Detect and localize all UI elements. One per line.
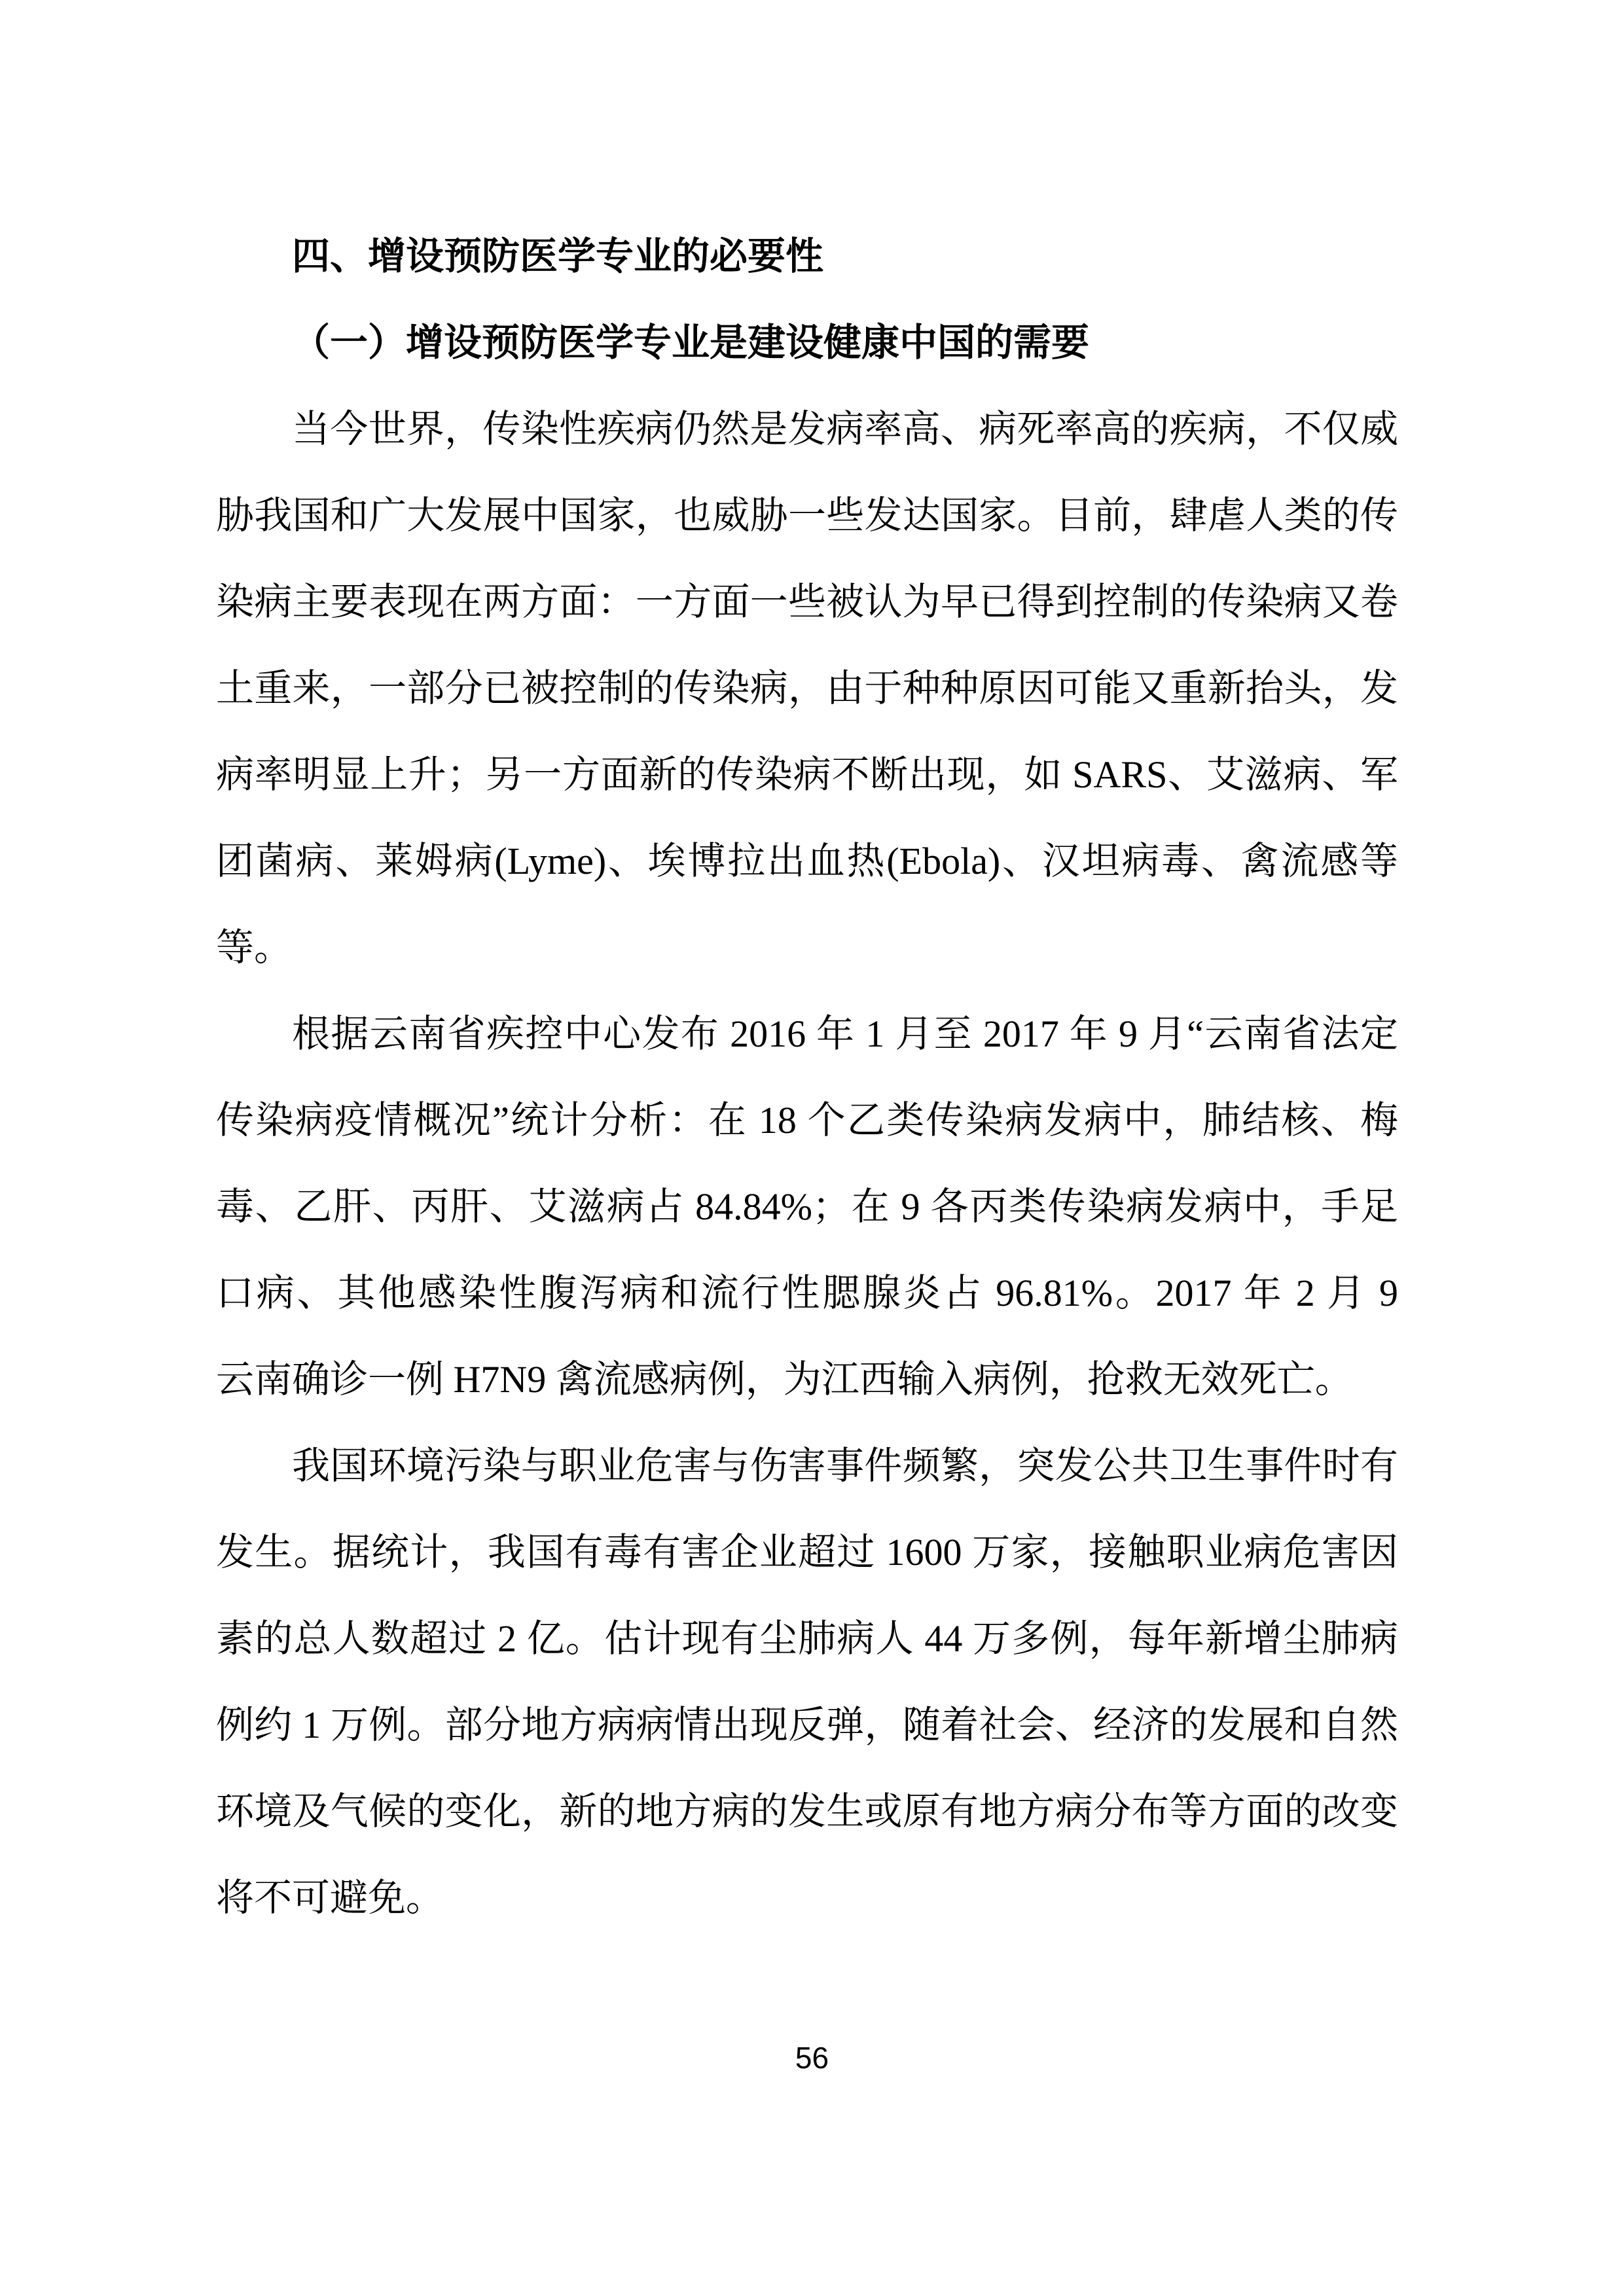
paragraph-line: 发生。据统计，我国有毒有害企业超过 1600 万家，接触职业病危害因	[216, 1509, 1398, 1596]
paragraph-line: 传染病疫情概况”统计分析：在 18 个乙类传染病发病中，肺结核、梅	[216, 1077, 1398, 1164]
page-number: 56	[0, 2041, 1624, 2075]
paragraph-line: 染病主要表现在两方面：一方面一些被认为早已得到控制的传染病又卷	[216, 559, 1398, 645]
paragraph-line: 土重来，一部分已被控制的传染病，由于种种原因可能又重新抬头，发	[216, 645, 1398, 732]
paragraph-line: 胁我国和广大发展中国家，也威胁一些发达国家。目前，肆虐人类的传	[216, 473, 1398, 559]
paragraph-line: 毒、乙肝、丙肝、艾滋病占 84.84%；在 9 各丙类传染病发病中，手足	[216, 1164, 1398, 1250]
paragraph-line: 团菌病、莱姆病(Lyme)、埃博拉出血热(Ebola)、汉坦病毒、禽流感等	[216, 818, 1398, 905]
paragraph-line: 当今世界，传染性疾病仍然是发病率高、病死率高的疾病，不仅威	[216, 386, 1398, 473]
paragraph-line: 病率明显上升；另一方面新的传染病不断出现，如 SARS、艾滋病、军	[216, 732, 1398, 818]
paragraph-line: 我国环境污染与职业危害与伤害事件频繁，突发公共卫生事件时有	[216, 1423, 1398, 1509]
document-body: 四、增设预防医学专业的必要性 （一）增设预防医学专业是建设健康中国的需要 当今世…	[216, 213, 1398, 1941]
paragraph-line: 根据云南省疾控中心发布 2016 年 1 月至 2017 年 9 月“云南省法定	[216, 991, 1398, 1077]
paragraph-line: 环境及气候的变化，新的地方病的发生或原有地方病分布等方面的改变	[216, 1768, 1398, 1855]
section-heading: 四、增设预防医学专业的必要性	[216, 213, 1398, 300]
paragraph-line: 等。	[216, 905, 1398, 991]
paragraph-line: 素的总人数超过 2 亿。估计现有尘肺病人 44 万多例，每年新增尘肺病	[216, 1596, 1398, 1682]
document-page: 四、增设预防医学专业的必要性 （一）增设预防医学专业是建设健康中国的需要 当今世…	[0, 0, 1624, 2296]
paragraph-line: 云南确诊一例 H7N9 禽流感病例，为江西输入病例，抢救无效死亡。	[216, 1336, 1398, 1423]
paragraph-line: 口病、其他感染性腹泻病和流行性腮腺炎占 96.81%。2017 年 2 月 9 …	[216, 1250, 1398, 1336]
subsection-heading: （一）增设预防医学专业是建设健康中国的需要	[216, 300, 1398, 386]
paragraph-line: 将不可避免。	[216, 1855, 1398, 1941]
paragraph-line: 例约 1 万例。部分地方病病情出现反弹，随着社会、经济的发展和自然	[216, 1682, 1398, 1768]
